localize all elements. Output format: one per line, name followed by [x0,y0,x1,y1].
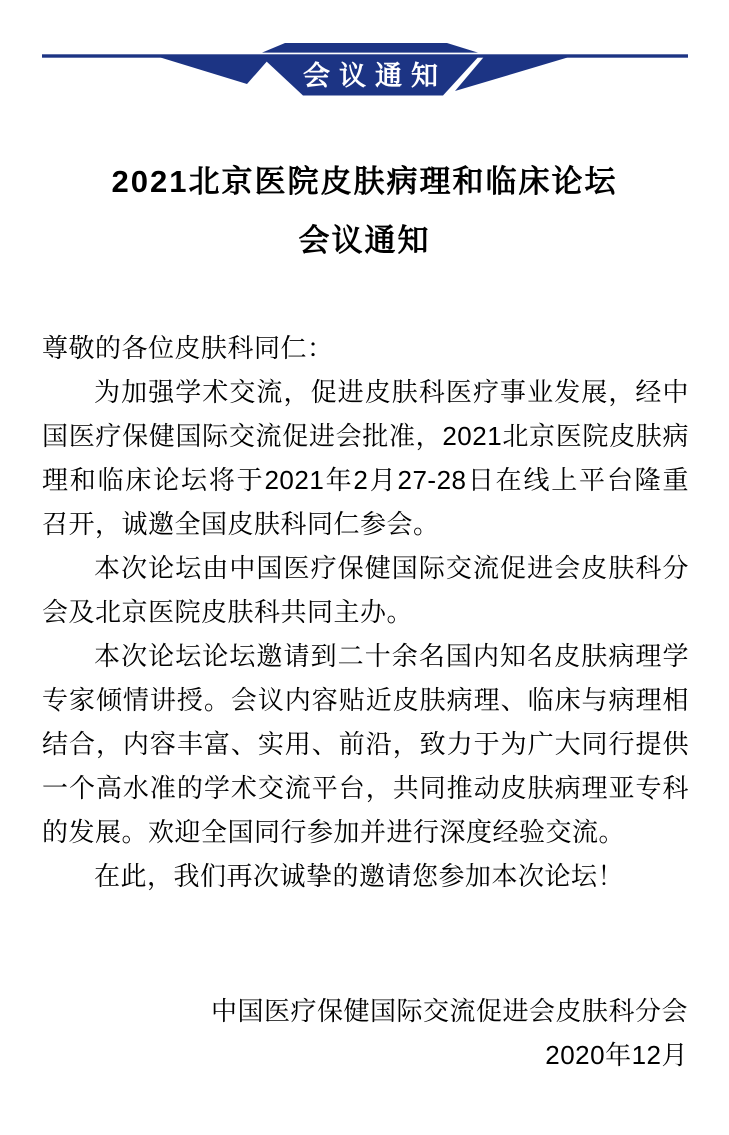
paragraph-intro: 为加强学术交流，促进皮肤科医疗事业发展，经中国医疗保健国际交流促进会批准，202… [42,370,689,546]
paragraph-organizers: 本次论坛由中国医疗保健国际交流促进会皮肤科分会及北京医院皮肤科共同主办。 [42,546,689,634]
banner-rule [42,54,688,57]
banner-label: 会议通知 [268,59,473,93]
banner-left-wing [158,57,271,84]
salutation: 尊敬的各位皮肤科同仁： [42,326,689,370]
document-title-line1: 2021北京医院皮肤病理和临床论坛 [0,152,729,211]
signature-organization: 中国医疗保健国际交流促进会皮肤科分会 [42,989,688,1033]
banner-ribbon-graphic [0,0,729,110]
banner-ribbon: 会议通知 [0,0,729,110]
meeting-notice-document: 会议通知 2021北京医院皮肤病理和临床论坛 会议通知 尊敬的各位皮肤科同仁： … [0,0,729,1135]
document-title-line2: 会议通知 [0,211,729,270]
signature-block: 中国医疗保健国际交流促进会皮肤科分会 2020年12月 [42,989,688,1077]
signature-date: 2020年12月 [42,1033,688,1077]
banner-top-fold [262,43,478,53]
document-title: 2021北京医院皮肤病理和临床论坛 会议通知 [0,152,729,270]
letter-body: 尊敬的各位皮肤科同仁： 为加强学术交流，促进皮肤科医疗事业发展，经中国医疗保健国… [42,326,689,898]
paragraph-program: 本次论坛论坛邀请到二十余名国内知名皮肤病理学专家倾情讲授。会议内容贴近皮肤病理、… [42,634,689,854]
paragraph-invitation: 在此，我们再次诚挚的邀请您参加本次论坛！ [42,854,689,898]
